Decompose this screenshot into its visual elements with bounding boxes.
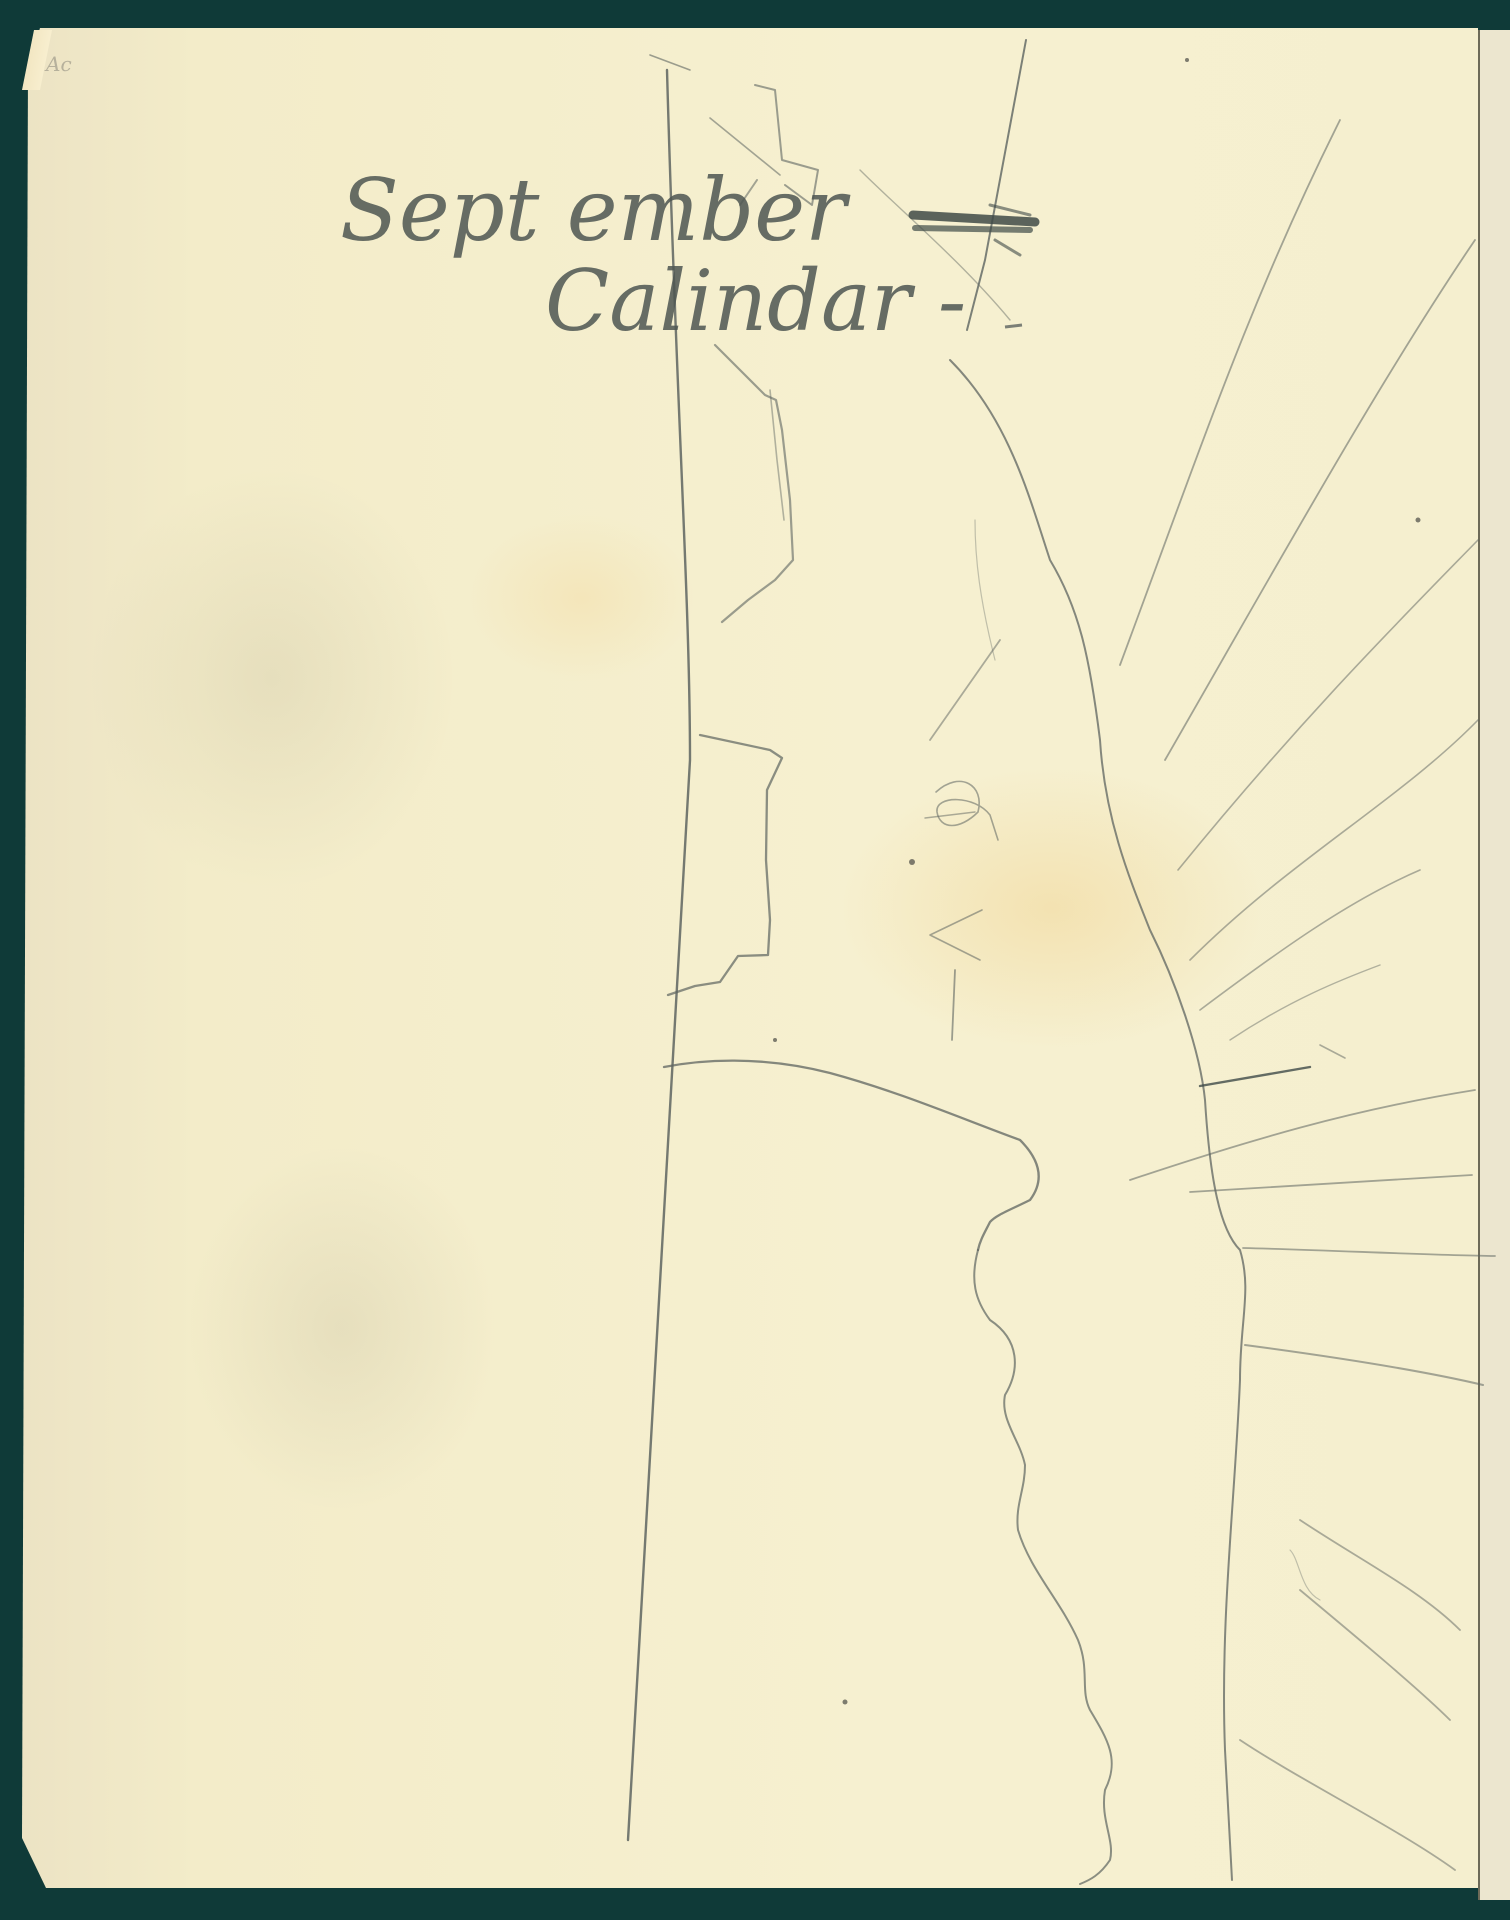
- handwriting-september: Sept ember: [340, 161, 851, 261]
- pencil-sketch: Sept ember Calindar -: [0, 0, 1510, 1920]
- handwriting-calendar: Calindar -: [545, 252, 966, 350]
